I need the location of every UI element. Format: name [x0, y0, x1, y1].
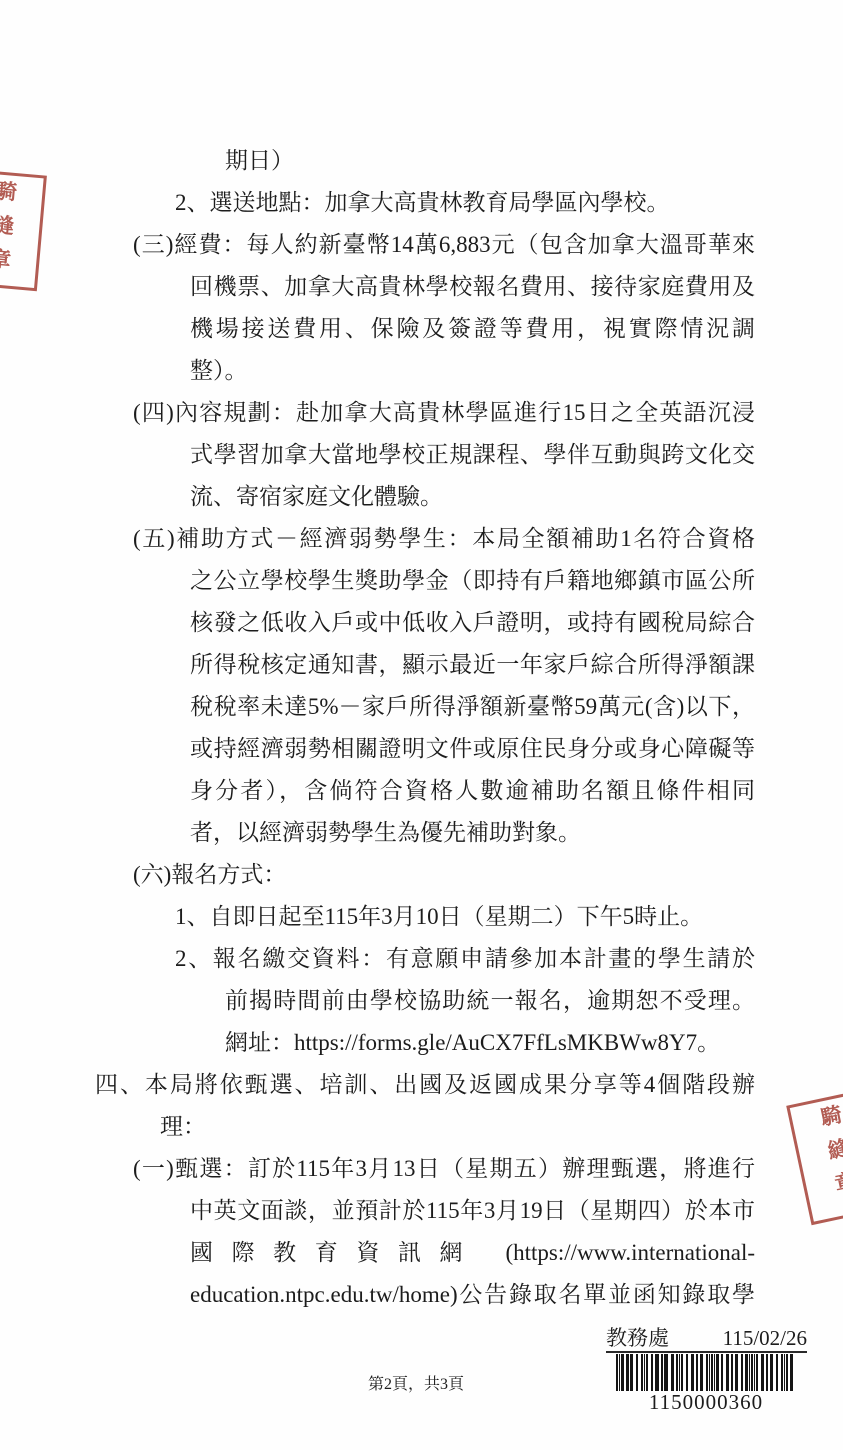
barcode: [616, 1354, 795, 1391]
doc-line: 網址：https://forms.gle/AuCX7FfLsMKBWw8Y7。: [225, 1022, 755, 1064]
doc-line: 式學習加拿大當地學校正規課程、學伴互動與跨文化交: [190, 434, 755, 476]
doc-line: 2、選送地點：加拿大高貴林教育局學區內學校。: [175, 182, 755, 224]
seal-text: 騎縫章: [0, 174, 22, 286]
doc-line: 前揭時間前由學校協助統一報名，逾期恕不受理。: [225, 980, 755, 1022]
doc-line: (五)補助方式－經濟弱勢學生：本局全額補助1名符合資格: [133, 518, 755, 560]
doc-line: 機場接送費用、保險及簽證等費用，視實際情況調: [190, 308, 755, 350]
doc-line: 國際教育資訊網 (https://www.international-: [190, 1232, 755, 1274]
cross-page-seal-left: 騎縫章: [0, 169, 47, 292]
cross-page-seal-right: 騎縫章: [786, 1089, 843, 1225]
doc-line: (一)甄選：訂於115年3月13日（星期五）辦理甄選，將進行: [133, 1148, 755, 1190]
barcode-number: 1150000360: [606, 1390, 806, 1415]
document-page: 騎縫章 期日） 2、選送地點：加拿大高貴林教育局學區內學校。 (三)經費：每人約…: [0, 0, 843, 1450]
department-stamp-row: 教務處 115/02/26: [606, 1326, 807, 1353]
doc-line: (四)內容規劃：赴加拿大高貴林學區進行15日之全英語沉浸: [133, 392, 755, 434]
doc-line: 2、報名繳交資料：有意願申請參加本計畫的學生請於: [175, 938, 755, 980]
seal-text: 騎縫章: [812, 1097, 843, 1217]
doc-line: 之公立學校學生獎助學金（即持有戶籍地鄉鎮市區公所: [190, 560, 755, 602]
doc-line: 流、寄宿家庭文化體驗。: [190, 476, 755, 518]
doc-line: 者，以經濟弱勢學生為優先補助對象。: [190, 812, 755, 854]
doc-line: 1、自即日起至115年3月10日（星期二）下午5時止。: [175, 896, 755, 938]
page-number: 第2頁，共3頁: [368, 1371, 464, 1394]
doc-line: 身分者），含倘符合資格人數逾補助名額且條件相同: [190, 770, 755, 812]
document-text-block: 期日） 2、選送地點：加拿大高貴林教育局學區內學校。 (三)經費：每人約新臺幣1…: [95, 140, 755, 1316]
doc-line: education.ntpc.edu.tw/home)公告錄取名單並函知錄取學: [190, 1274, 755, 1316]
doc-line: 四、本局將依甄選、培訓、出國及返國成果分享等4個階段辦: [95, 1064, 755, 1106]
doc-line: (三)經費：每人約新臺幣14萬6,883元（包含加拿大溫哥華來: [133, 224, 755, 266]
doc-line: 或持經濟弱勢相關證明文件或原住民身分或身心障礙等: [190, 728, 755, 770]
stamp-date: 115/02/26: [723, 1326, 807, 1350]
doc-line: 稅稅率未達5%－家戶所得淨額新臺幣59萬元(含)以下，: [190, 686, 755, 728]
doc-line: 所得稅核定通知書，顯示最近一年家戶綜合所得淨額課: [190, 644, 755, 686]
doc-line: 期日）: [225, 140, 755, 182]
doc-line: 回機票、加拿大高貴林學校報名費用、接待家庭費用及: [190, 266, 755, 308]
doc-line: 核發之低收入戶或中低收入戶證明，或持有國稅局綜合: [190, 602, 755, 644]
doc-line: 理：: [160, 1106, 755, 1148]
doc-line: (六)報名方式：: [133, 854, 755, 896]
department-name: 教務處: [606, 1326, 669, 1350]
doc-line: 整）。: [190, 350, 755, 392]
doc-line: 中英文面談，並預計於115年3月19日（星期四）於本市: [190, 1190, 755, 1232]
